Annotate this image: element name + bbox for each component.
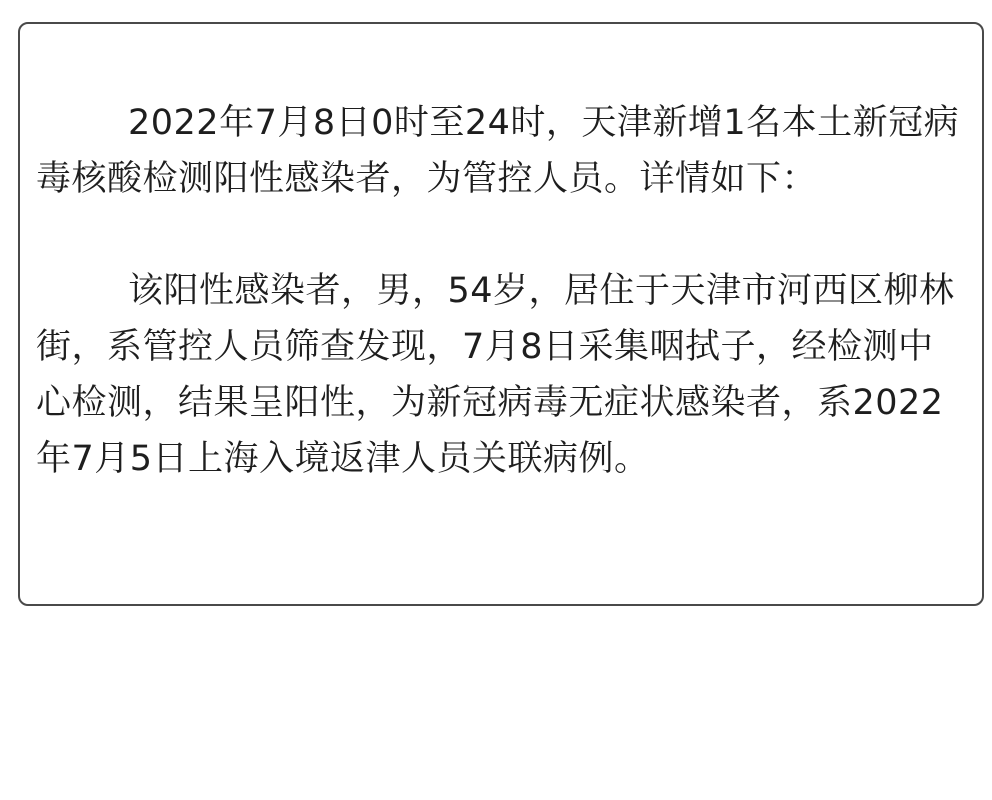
paragraph-summary: 2022年7月8日0时至24时，天津新增1名本土新冠病毒核酸检测阳性感染者，为管… [36, 95, 966, 207]
notice-body: 2022年7月8日0时至24时，天津新增1名本土新冠病毒核酸检测阳性感染者，为管… [36, 95, 966, 487]
notice-box: 2022年7月8日0时至24时，天津新增1名本土新冠病毒核酸检测阳性感染者，为管… [18, 22, 984, 606]
paragraph-spacer [36, 207, 966, 263]
paragraph-case-details: 该阳性感染者，男，54岁，居住于天津市河西区柳林街，系管控人员筛查发现，7月8日… [36, 263, 966, 487]
